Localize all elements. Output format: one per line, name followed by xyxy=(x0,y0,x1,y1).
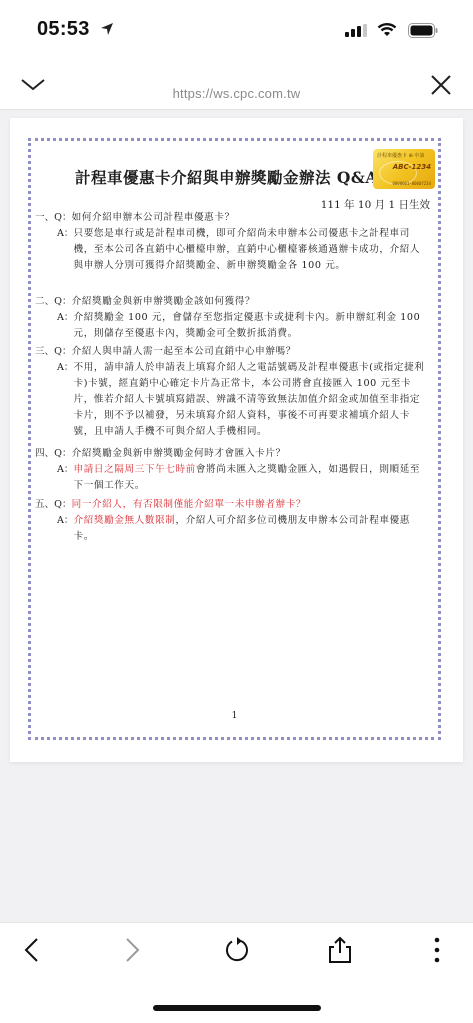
back-icon[interactable] xyxy=(22,935,42,965)
reload-icon[interactable] xyxy=(222,935,252,965)
question-label: 一、Q： xyxy=(35,210,72,226)
answer-label: A： xyxy=(57,226,74,274)
location-arrow-icon xyxy=(100,22,114,36)
qa-item-2: 二、Q：介紹獎勵金與新申辦獎勵金該如何獲得？ A：介紹獎勵金 100 元，會儲存… xyxy=(35,294,430,342)
document-content: 計程車優惠卡介紹與申辦獎勵金辦法 Q&A 計程車優惠卡 ⊕ 中油 ABC-123… xyxy=(31,141,438,737)
card-top-text: 計程車優惠卡 ⊕ 中油 xyxy=(377,152,424,159)
status-time: 05:53 xyxy=(37,18,90,41)
answer-label: A： xyxy=(57,360,74,440)
forward-icon[interactable] xyxy=(122,935,142,965)
answer-text: 只要您是車行或是計程車司機，即可介紹尚未申辦本公司優惠卡之計程車司機，至本公司各… xyxy=(74,226,430,274)
qa-item-1: 一、Q：如何介紹申辦本公司計程車優惠卡？ A：只要您是車行或是計程車司機，即可介… xyxy=(35,210,430,274)
page-number: 1 xyxy=(31,711,438,721)
battery-icon xyxy=(408,23,438,38)
page-border: 計程車優惠卡介紹與申辦獎勵金辦法 Q&A 計程車優惠卡 ⊕ 中油 ABC-123… xyxy=(28,138,441,740)
answer-highlight: 介紹獎勵金無人數限制 xyxy=(74,515,176,526)
question-label: 二、Q： xyxy=(35,294,72,310)
card-barcode-text: 0000001-00007234 xyxy=(392,181,431,186)
wifi-icon xyxy=(377,22,397,37)
share-icon[interactable] xyxy=(326,935,354,965)
close-icon[interactable] xyxy=(430,74,452,96)
signal-icon xyxy=(345,24,367,37)
answer-highlight: 申請日之隔周三下午七時前 xyxy=(74,464,196,475)
taxi-card-image: 計程車優惠卡 ⊕ 中油 ABC-1234 0000001-00007234 xyxy=(373,149,435,189)
answer-text: 不用，請申請人於申請表上填寫介紹人之電話號碼及計程車優惠卡(或指定捷利卡)卡號，… xyxy=(74,360,430,440)
home-indicator[interactable] xyxy=(153,1005,321,1011)
status-bar: 05:53 xyxy=(0,0,473,64)
more-icon[interactable] xyxy=(432,935,442,965)
answer-label: A： xyxy=(57,462,74,494)
pdf-page: 計程車優惠卡介紹與申辦獎勵金辦法 Q&A 計程車優惠卡 ⊕ 中油 ABC-123… xyxy=(10,118,463,762)
question-text: 如何介紹申辦本公司計程車優惠卡？ xyxy=(72,210,430,226)
answer-label: A： xyxy=(57,513,74,545)
document-title: 計程車優惠卡介紹與申辦獎勵金辦法 Q&A xyxy=(75,166,378,188)
question-label: 五、Q： xyxy=(35,497,72,513)
question-label: 三、Q： xyxy=(35,344,72,360)
qa-item-3: 三、Q：介紹人與申請人需一起至本公司直銷中心申辦嗎？ A：不用，請申請人於申請表… xyxy=(35,344,430,440)
answer-text: 介紹獎勵金 100 元，會儲存至您指定優惠卡或捷利卡內。新申辦紅利金 100 元… xyxy=(74,310,430,342)
answer-label: A： xyxy=(57,310,74,342)
question-text: 介紹人與申請人需一起至本公司直銷中心申辦嗎？ xyxy=(72,344,430,360)
card-number: ABC-1234 xyxy=(393,163,431,171)
qa-item-4: 四、Q：介紹獎勵金與新申辦獎勵金何時才會匯入卡片？ A：申請日之隔周三下午七時前… xyxy=(35,446,430,494)
qa-item-5: 五、Q：同一介紹人，有否限制僅能介紹單一未申辦者辦卡？ A：介紹獎勵金無人數限制… xyxy=(35,497,430,545)
question-text: 同一介紹人，有否限制僅能介紹單一未申辦者辦卡？ xyxy=(72,497,430,513)
url-text[interactable]: https://ws.cpc.com.tw xyxy=(0,86,473,101)
question-label: 四、Q： xyxy=(35,446,72,462)
question-text: 介紹獎勵金與新申辦獎勵金何時才會匯入卡片？ xyxy=(72,446,430,462)
question-text: 介紹獎勵金與新申辦獎勵金該如何獲得？ xyxy=(72,294,430,310)
browser-header: https://ws.cpc.com.tw xyxy=(0,64,473,110)
